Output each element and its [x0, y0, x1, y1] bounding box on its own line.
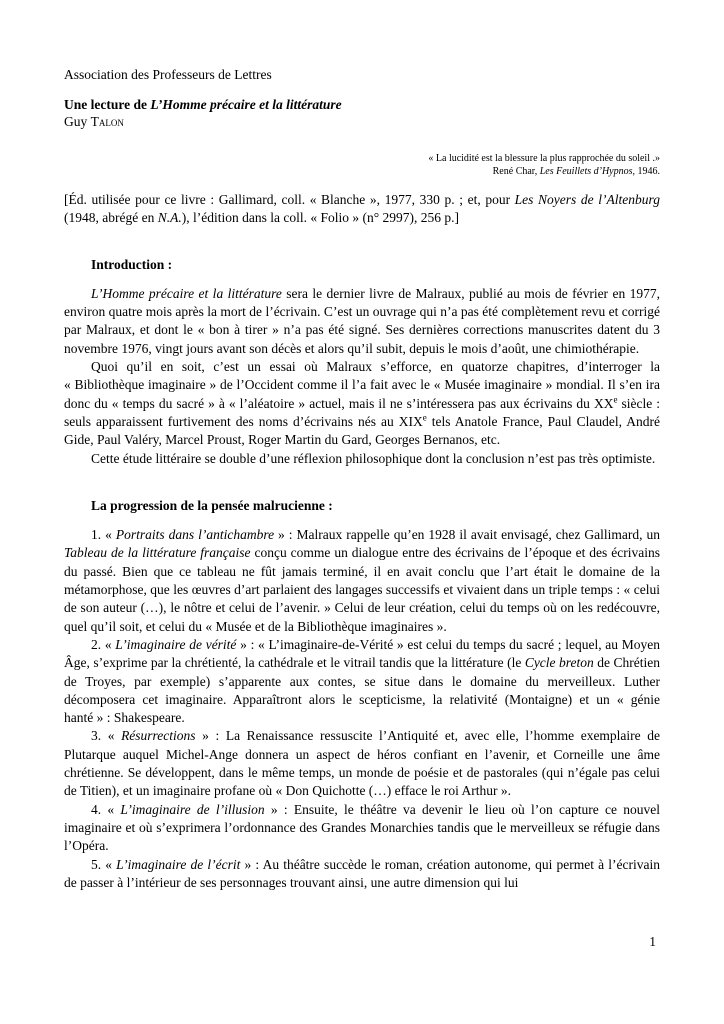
title-prefix: Une lecture de: [64, 97, 150, 112]
text-run: L’Homme précaire et la littérature: [91, 286, 282, 301]
text-run: , 1946.: [633, 166, 661, 177]
edition-note: [Éd. utilisée pour ce livre : Gallimard,…: [64, 191, 660, 228]
text-run: L’imaginaire de l’écrit: [116, 857, 240, 872]
text-run: Résurrections: [121, 728, 196, 743]
progression-point-2: 2. « L’imaginaire de vérité » : « L’imag…: [64, 636, 660, 727]
text-run: 5. «: [91, 857, 116, 872]
page-number: 1: [649, 933, 656, 951]
text-run: 1. «: [91, 527, 116, 542]
text-run: Les Feuillets d’Hypnos: [540, 166, 633, 177]
association-line: Association des Professeurs de Lettres: [64, 66, 660, 84]
epigraph-attribution: René Char, Les Feuillets d’Hypnos, 1946.: [64, 166, 660, 179]
document-page: Association des Professeurs de Lettres U…: [0, 0, 724, 1024]
section-heading-progression: La progression de la pensée malrucienne …: [64, 497, 660, 515]
intro-paragraph-1: L’Homme précaire et la littérature sera …: [64, 285, 660, 358]
progression-point-3: 3. « Résurrections » : La Renaissance re…: [64, 727, 660, 800]
text-run: René Char,: [493, 166, 540, 177]
text-run: Quoi qu’il en soit, c’est un essai où Ma…: [64, 359, 660, 411]
text-block: Association des Professeurs de Lettres U…: [64, 0, 660, 892]
intro-paragraph-3: Cette étude littéraire se double d’une r…: [64, 450, 660, 468]
section-heading-introduction: Introduction :: [64, 256, 660, 274]
text-run: » : Malraux rappelle qu’en 1928 il avait…: [274, 527, 660, 542]
text-run: (1948, abrégé en: [64, 210, 158, 225]
author-line: Guy Talon: [64, 113, 660, 130]
text-run: ), l’édition dans la coll. « Folio » (n°…: [182, 210, 459, 225]
progression-point-4: 4. « L’imaginaire de l’illusion » : Ensu…: [64, 801, 660, 856]
text-run: Cette étude littéraire se double d’une r…: [91, 451, 655, 466]
text-run: Portraits dans l’antichambre: [116, 527, 274, 542]
text-run: N.A.: [158, 210, 182, 225]
progression-point-5: 5. « L’imaginaire de l’écrit » : Au théâ…: [64, 856, 660, 893]
document-title: Une lecture de L’Homme précaire et la li…: [64, 96, 660, 113]
text-run: Cycle breton: [525, 655, 594, 670]
text-run: 4. «: [91, 802, 120, 817]
author-first-name: Guy: [64, 114, 91, 129]
text-run: L’imaginaire de l’illusion: [120, 802, 264, 817]
title-work-name: L’Homme précaire et la littérature: [150, 97, 341, 112]
author-last-name: Talon: [91, 114, 124, 129]
text-run: Les Noyers de l’Altenburg: [515, 192, 660, 207]
text-run: 3. «: [91, 728, 121, 743]
text-run: [Éd. utilisée pour ce livre : Gallimard,…: [64, 192, 515, 207]
progression-point-1: 1. « Portraits dans l’antichambre » : Ma…: [64, 526, 660, 636]
text-run: Tableau de la littérature française: [64, 545, 251, 560]
text-run: 2. «: [91, 637, 115, 652]
intro-paragraph-2: Quoi qu’il en soit, c’est un essai où Ma…: [64, 358, 660, 449]
text-run: L’imaginaire de vérité: [115, 637, 236, 652]
epigraph: « La lucidité est la blessure la plus ra…: [64, 153, 660, 178]
epigraph-quote: « La lucidité est la blessure la plus ra…: [64, 153, 660, 166]
